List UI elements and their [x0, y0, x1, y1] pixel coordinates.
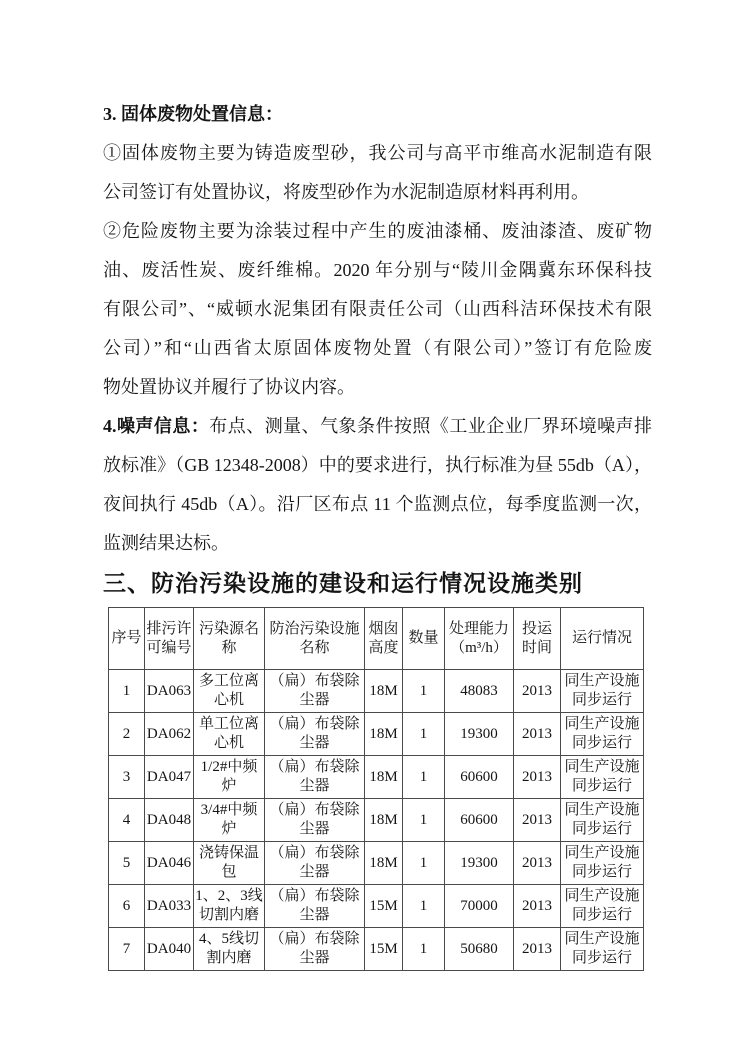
table-cell: （扁）布袋除尘器 [265, 713, 365, 756]
solid-waste-item-2: ②危险废物主要为涂装过程中产生的废油漆桶、废油漆渣、废矿物油、废活性炭、废纤维棉… [103, 212, 652, 407]
table-cell: 1 [403, 885, 445, 928]
facilities-section-heading: 三、防治污染设施的建设和运行情况设施类别 [103, 563, 652, 602]
table-cell: 1 [403, 713, 445, 756]
table-cell: 18M [365, 842, 403, 885]
table-cell: 60600 [445, 799, 514, 842]
table-cell: （扁）布袋除尘器 [265, 928, 365, 971]
table-cell: 18M [365, 670, 403, 713]
table-cell: 18M [365, 799, 403, 842]
table-cell: 2013 [514, 799, 561, 842]
text-line: 物处置协议并履行了协议内容。 [103, 368, 652, 407]
table-cell: 15M [365, 928, 403, 971]
table-cell: 18M [365, 756, 403, 799]
table-row: 5DA046浇铸保温包（扁）布袋除尘器18M1193002013同生产设施同步运… [109, 842, 644, 885]
text-line: ②危险废物主要为涂装过程中产生的废油漆桶、废油漆渣、废矿物 [103, 212, 652, 251]
table-cell: （扁）布袋除尘器 [265, 885, 365, 928]
facility-table-header-row: 序号排污许可编号污染源名称防治污染设施名称烟囱高度数量处理能力（m³/h）投运时… [109, 608, 644, 670]
table-cell: 1 [109, 670, 145, 713]
text-line: 监测结果达标。 [103, 524, 652, 563]
table-header-cell: 投运时间 [514, 608, 561, 670]
table-cell: 50680 [445, 928, 514, 971]
solid-waste-heading: 3. 固体废物处置信息： [103, 95, 652, 134]
table-cell: 19300 [445, 842, 514, 885]
facility-table-body: 1DA063多工位离心机（扁）布袋除尘器18M1480832013同生产设施同步… [109, 670, 644, 971]
table-cell: 48083 [445, 670, 514, 713]
table-row: 2DA062单工位离心机（扁）布袋除尘器18M1193002013同生产设施同步… [109, 713, 644, 756]
table-cell: DA040 [145, 928, 194, 971]
table-cell: 4 [109, 799, 145, 842]
noise-first-line: 4.噪声信息：布点、测量、气象条件按照《工业企业厂界环境噪声排 [103, 407, 652, 446]
table-row: 4DA0483/4#中频炉（扁）布袋除尘器18M1606002013同生产设施同… [109, 799, 644, 842]
table-row: 1DA063多工位离心机（扁）布袋除尘器18M1480832013同生产设施同步… [109, 670, 644, 713]
page-content: 3. 固体废物处置信息： ①固体废物主要为铸造废型砂，我公司与高平市维高水泥制造… [103, 95, 652, 971]
table-header-cell: 数量 [403, 608, 445, 670]
text-line: 放标准》（GB 12348-2008）中的要求进行，执行标准为昼 55db（A）… [103, 446, 652, 485]
table-cell: 19300 [445, 713, 514, 756]
table-cell: 同生产设施同步运行 [561, 713, 644, 756]
table-cell: 1/2#中频炉 [194, 756, 265, 799]
table-header-cell: 防治污染设施名称 [265, 608, 365, 670]
table-header-cell: 烟囱高度 [365, 608, 403, 670]
table-cell: 浇铸保温包 [194, 842, 265, 885]
table-row: 6DA0331、2、3线切割内磨（扁）布袋除尘器15M1700002013同生产… [109, 885, 644, 928]
table-cell: 70000 [445, 885, 514, 928]
document-page: 3. 固体废物处置信息： ①固体废物主要为铸造废型砂，我公司与高平市维高水泥制造… [0, 0, 750, 1060]
noise-first-line-text: 布点、测量、气象条件按照《工业企业厂界环境噪声排 [209, 416, 652, 436]
table-cell: （扁）布袋除尘器 [265, 756, 365, 799]
table-cell: DA046 [145, 842, 194, 885]
facility-table: 序号排污许可编号污染源名称防治污染设施名称烟囱高度数量处理能力（m³/h）投运时… [108, 607, 644, 971]
table-cell: 3 [109, 756, 145, 799]
table-header-cell: 序号 [109, 608, 145, 670]
table-cell: 1 [403, 842, 445, 885]
text-line: 公司签订有处置协议，将废型砂作为水泥制造原材料再利用。 [103, 173, 652, 212]
table-cell: DA048 [145, 799, 194, 842]
noise-label: 4.噪声信息： [103, 416, 209, 436]
table-cell: 2013 [514, 842, 561, 885]
table-cell: 2 [109, 713, 145, 756]
table-cell: 同生产设施同步运行 [561, 842, 644, 885]
table-cell: （扁）布袋除尘器 [265, 670, 365, 713]
table-cell: 3/4#中频炉 [194, 799, 265, 842]
table-cell: 7 [109, 928, 145, 971]
noise-remaining-lines: 放标准》（GB 12348-2008）中的要求进行，执行标准为昼 55db（A）… [103, 446, 652, 563]
table-cell: （扁）布袋除尘器 [265, 799, 365, 842]
solid-waste-item-1: ①固体废物主要为铸造废型砂，我公司与高平市维高水泥制造有限公司签订有处置协议，将… [103, 134, 652, 212]
text-line: 夜间执行 45db（A）。沿厂区布点 11 个监测点位，每季度监测一次， [103, 485, 652, 524]
table-cell: DA033 [145, 885, 194, 928]
table-cell: 1、2、3线切割内磨 [194, 885, 265, 928]
table-cell: 1 [403, 670, 445, 713]
table-cell: 同生产设施同步运行 [561, 799, 644, 842]
text-line: 有限公司”、“威顿水泥集团有限责任公司（山西科洁环保技术有限 [103, 290, 652, 329]
table-cell: 1 [403, 756, 445, 799]
table-header-cell: 处理能力（m³/h） [445, 608, 514, 670]
table-cell: 2013 [514, 713, 561, 756]
table-cell: 2013 [514, 670, 561, 713]
table-cell: 4、5线切割内磨 [194, 928, 265, 971]
table-cell: DA063 [145, 670, 194, 713]
table-cell: DA047 [145, 756, 194, 799]
table-cell: 2013 [514, 756, 561, 799]
table-row: 3DA0471/2#中频炉（扁）布袋除尘器18M1606002013同生产设施同… [109, 756, 644, 799]
table-cell: 同生产设施同步运行 [561, 756, 644, 799]
facility-table-head: 序号排污许可编号污染源名称防治污染设施名称烟囱高度数量处理能力（m³/h）投运时… [109, 608, 644, 670]
table-cell: 18M [365, 713, 403, 756]
table-header-cell: 排污许可编号 [145, 608, 194, 670]
section-noise: 4.噪声信息：布点、测量、气象条件按照《工业企业厂界环境噪声排 放标准》（GB … [103, 407, 652, 563]
table-cell: 单工位离心机 [194, 713, 265, 756]
table-cell: 多工位离心机 [194, 670, 265, 713]
table-cell: 1 [403, 799, 445, 842]
table-cell: 同生产设施同步运行 [561, 885, 644, 928]
table-cell: 同生产设施同步运行 [561, 670, 644, 713]
table-header-cell: 污染源名称 [194, 608, 265, 670]
section-solid-waste: 3. 固体废物处置信息： ①固体废物主要为铸造废型砂，我公司与高平市维高水泥制造… [103, 95, 652, 407]
table-header-cell: 运行情况 [561, 608, 644, 670]
table-cell: 同生产设施同步运行 [561, 928, 644, 971]
table-cell: 2013 [514, 928, 561, 971]
text-line: 油、废活性炭、废纤维棉。2020 年分别与“陵川金隅冀东环保科技 [103, 251, 652, 290]
text-line: ①固体废物主要为铸造废型砂，我公司与高平市维高水泥制造有限 [103, 134, 652, 173]
table-cell: 6 [109, 885, 145, 928]
text-line: 公司）”和“山西省太原固体废物处置（有限公司）”签订有危险废 [103, 329, 652, 368]
table-cell: 15M [365, 885, 403, 928]
table-cell: （扁）布袋除尘器 [265, 842, 365, 885]
table-row: 7DA0404、5线切割内磨（扁）布袋除尘器15M1506802013同生产设施… [109, 928, 644, 971]
table-cell: DA062 [145, 713, 194, 756]
table-cell: 1 [403, 928, 445, 971]
table-cell: 2013 [514, 885, 561, 928]
table-cell: 60600 [445, 756, 514, 799]
table-cell: 5 [109, 842, 145, 885]
